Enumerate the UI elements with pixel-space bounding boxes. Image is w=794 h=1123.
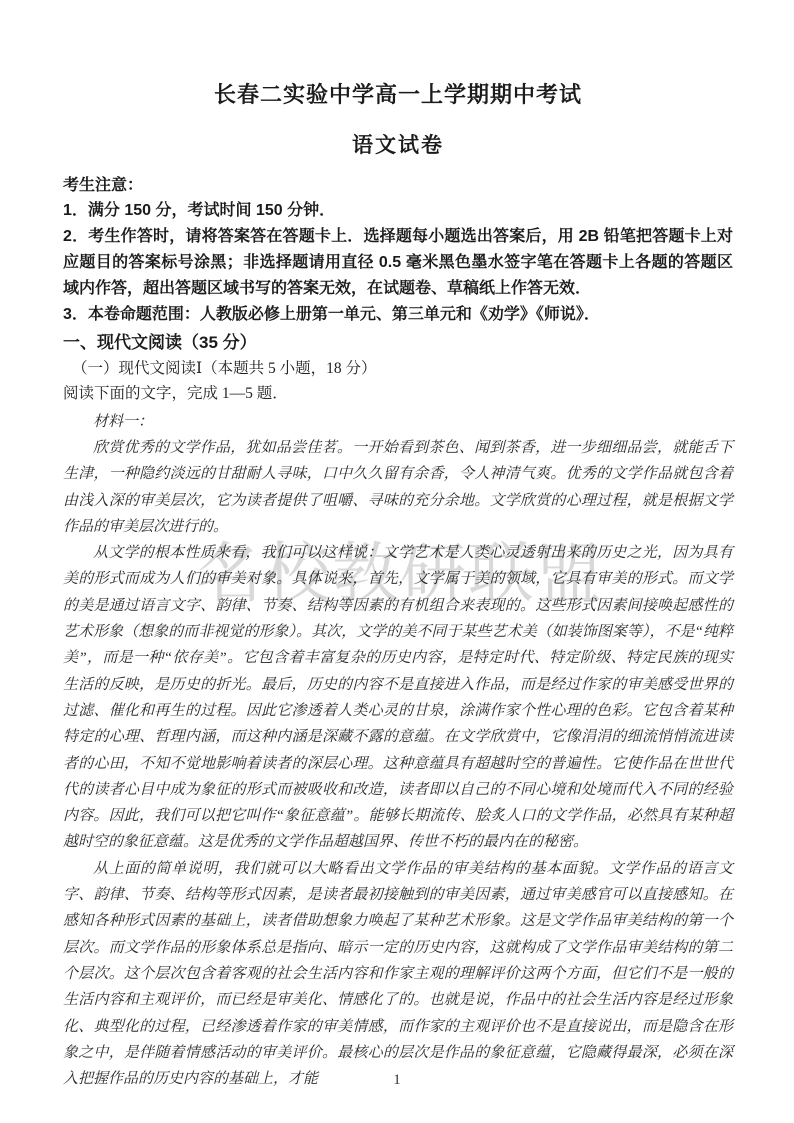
section-modern-reading: 一、现代文阅读（35 分） （一）现代文阅读Ⅰ（本题共 5 小题，18 分） 阅… [63,329,733,406]
material-one-paragraph-1: 欣赏优秀的文学作品，犹如品尝佳茗。一开始看到茶色、闻到茶香，进一步细细品尝，就能… [63,435,733,540]
material-one-block: 材料一： 欣赏优秀的文学作品，犹如品尝佳茗。一开始看到茶色、闻到茶香，进一步细细… [63,409,733,1092]
exam-paper-page: 名校教研联盟 长春二实验中学高一上学期期中考试 语文试卷 考生注意： 1．满分 … [0,0,794,1123]
page-number: 1 [0,1072,794,1089]
exam-subject-subtitle: 语文试卷 [63,129,733,159]
exam-title: 长春二实验中学高一上学期期中考试 [63,78,733,109]
page-content: 长春二实验中学高一上学期期中考试 语文试卷 考生注意： 1．满分 150 分，考… [63,78,733,1092]
material-one-paragraph-3: 从上面的简单说明，我们就可以大略看出文学作品的审美结构的基本面貌。文学作品的语言… [63,856,733,1093]
reading-instruction: 阅读下面的文字，完成 1—5 题． [63,381,733,406]
material-one-paragraph-2: 从文学的根本性质来看，我们可以这样说：文学艺术是人类心灵透射出来的历史之光，因为… [63,540,733,856]
notice-item-3: 3．本卷命题范围：人教版必修上册第一单元、第三单元和《劝学》《师说》． [63,302,733,328]
material-one-label: 材料一： [63,409,733,435]
notice-item-2: 2．考生作答时，请将答案答在答题卡上．选择题每小题选出答案后，用 2B 铅笔把答… [63,224,733,302]
notices-heading: 考生注意： [63,174,733,198]
notice-item-1: 1．满分 150 分，考试时间 150 分钟． [63,198,733,224]
section-heading: 一、现代文阅读（35 分） [63,329,733,356]
candidate-notices: 考生注意： 1．满分 150 分，考试时间 150 分钟． 2．考生作答时，请将… [63,174,733,328]
subsection-heading: （一）现代文阅读Ⅰ（本题共 5 小题，18 分） [63,356,733,381]
